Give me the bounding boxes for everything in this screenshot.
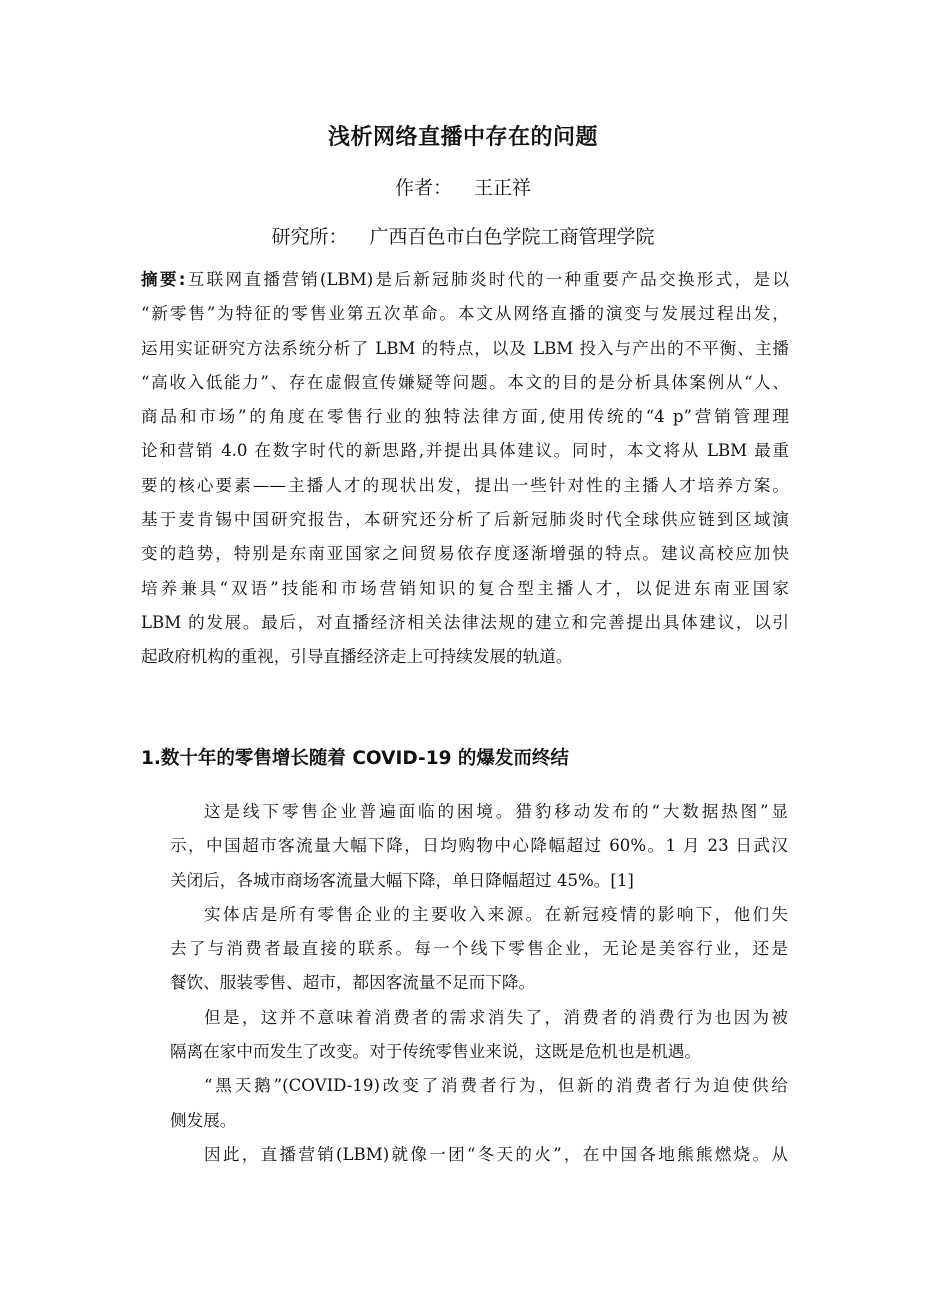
abstract-line: 要的核心要素——主播人才的现状出发，提出一些针对性的主播人才培养方案。 (141, 469, 789, 503)
document-title: 浅析网络直播中存在的问题 (0, 120, 926, 151)
body-line: 因此，直播营销(LBM)就像一团“冬天的火”，在中国各地熊熊燃烧。从 (170, 1138, 788, 1172)
body-line: “黑天鹅”(COVID-19)改变了消费者行为，但新的消费者行为迫使供给 (170, 1069, 788, 1103)
body-line: 隔离在家中而发生了改变。对于传统零售业来说，这既是危机也是机遇。 (170, 1035, 788, 1069)
body-line: 这是线下零售企业普遍面临的困境。猎豹移动发布的“大数据热图”显 (170, 795, 788, 829)
abstract-line: LBM 的发展。最后，对直播经济相关法律法规的建立和完善提出具体建议，以引 (141, 606, 789, 640)
abstract-line: “新零售”为特征的零售业第五次革命。本文从网络直播的演变与发展过程出发， (141, 297, 789, 331)
abstract-line: 变的趋势，特别是东南亚国家之间贸易依存度逐渐增强的特点。建议高校应加快 (141, 537, 789, 571)
body-line: 实体店是所有零售企业的主要收入来源。在新冠疫情的影响下，他们失 (170, 898, 788, 932)
abstract-line: “高收入低能力”、存在虚假宣传嫌疑等问题。本文的目的是分析具体案例从“人、 (141, 366, 789, 400)
institution-label: 研究所： (271, 226, 347, 248)
body-line: 关闭后，各城市商场客流量大幅下降，单日降幅超过 45%。[1] (170, 864, 788, 898)
abstract-line: 起政府机构的重视，引导直播经济走上可持续发展的轨道。 (141, 640, 789, 674)
abstract-line: 培养兼具“双语”技能和市场营销知识的复合型主播人才，以促进东南亚国家 (141, 572, 789, 606)
author-label: 作者： (395, 177, 452, 199)
abstract-line: 商品和市场”的角度在零售行业的独特法律方面,使用传统的“4 p”营销管理理 (141, 400, 789, 434)
section-body: 这是线下零售企业普遍面临的困境。猎豹移动发布的“大数据热图”显示，中国超市客流量… (170, 795, 788, 1172)
abstract: 摘要:互联网直播营销(LBM)是后新冠肺炎时代的一种重要产品交换形式，是以 “新… (141, 263, 789, 675)
abstract-line: 摘要:互联网直播营销(LBM)是后新冠肺炎时代的一种重要产品交换形式，是以 (141, 263, 789, 297)
institution-name: 广西百色市白色学院工商管理学院 (370, 226, 655, 248)
author-line: 作者：王正祥 (0, 173, 926, 200)
body-line: 但是，这并不意味着消费者的需求消失了，消费者的消费行为也因为被 (170, 1001, 788, 1035)
body-line: 去了与消费者最直接的联系。每一个线下零售企业，无论是美容行业，还是 (170, 932, 788, 966)
body-line: 示，中国超市客流量大幅下降，日均购物中心降幅超过 60%。1 月 23 日武汉 (170, 829, 788, 863)
institution-line: 研究所：广西百色市白色学院工商管理学院 (0, 222, 926, 249)
abstract-line: 基于麦肯锡中国研究报告，本研究还分析了后新冠肺炎时代全球供应链到区域演 (141, 503, 789, 537)
body-line: 餐饮、服装零售、超市，都因客流量不足而下降。 (170, 966, 788, 1000)
section-heading: 1.数十年的零售增长随着 COVID-19 的爆发而终结 (141, 744, 569, 770)
abstract-label: 摘要: (141, 270, 185, 289)
abstract-line: 论和营销 4.0 在数字时代的新思路,并提出具体建议。同时，本文将从 LBM 最… (141, 434, 789, 468)
abstract-line: 运用实证研究方法系统分析了 LBM 的特点，以及 LBM 投入与产出的不平衡、主… (141, 332, 789, 366)
author-name: 王正祥 (474, 177, 531, 199)
body-line: 侧发展。 (170, 1104, 788, 1138)
